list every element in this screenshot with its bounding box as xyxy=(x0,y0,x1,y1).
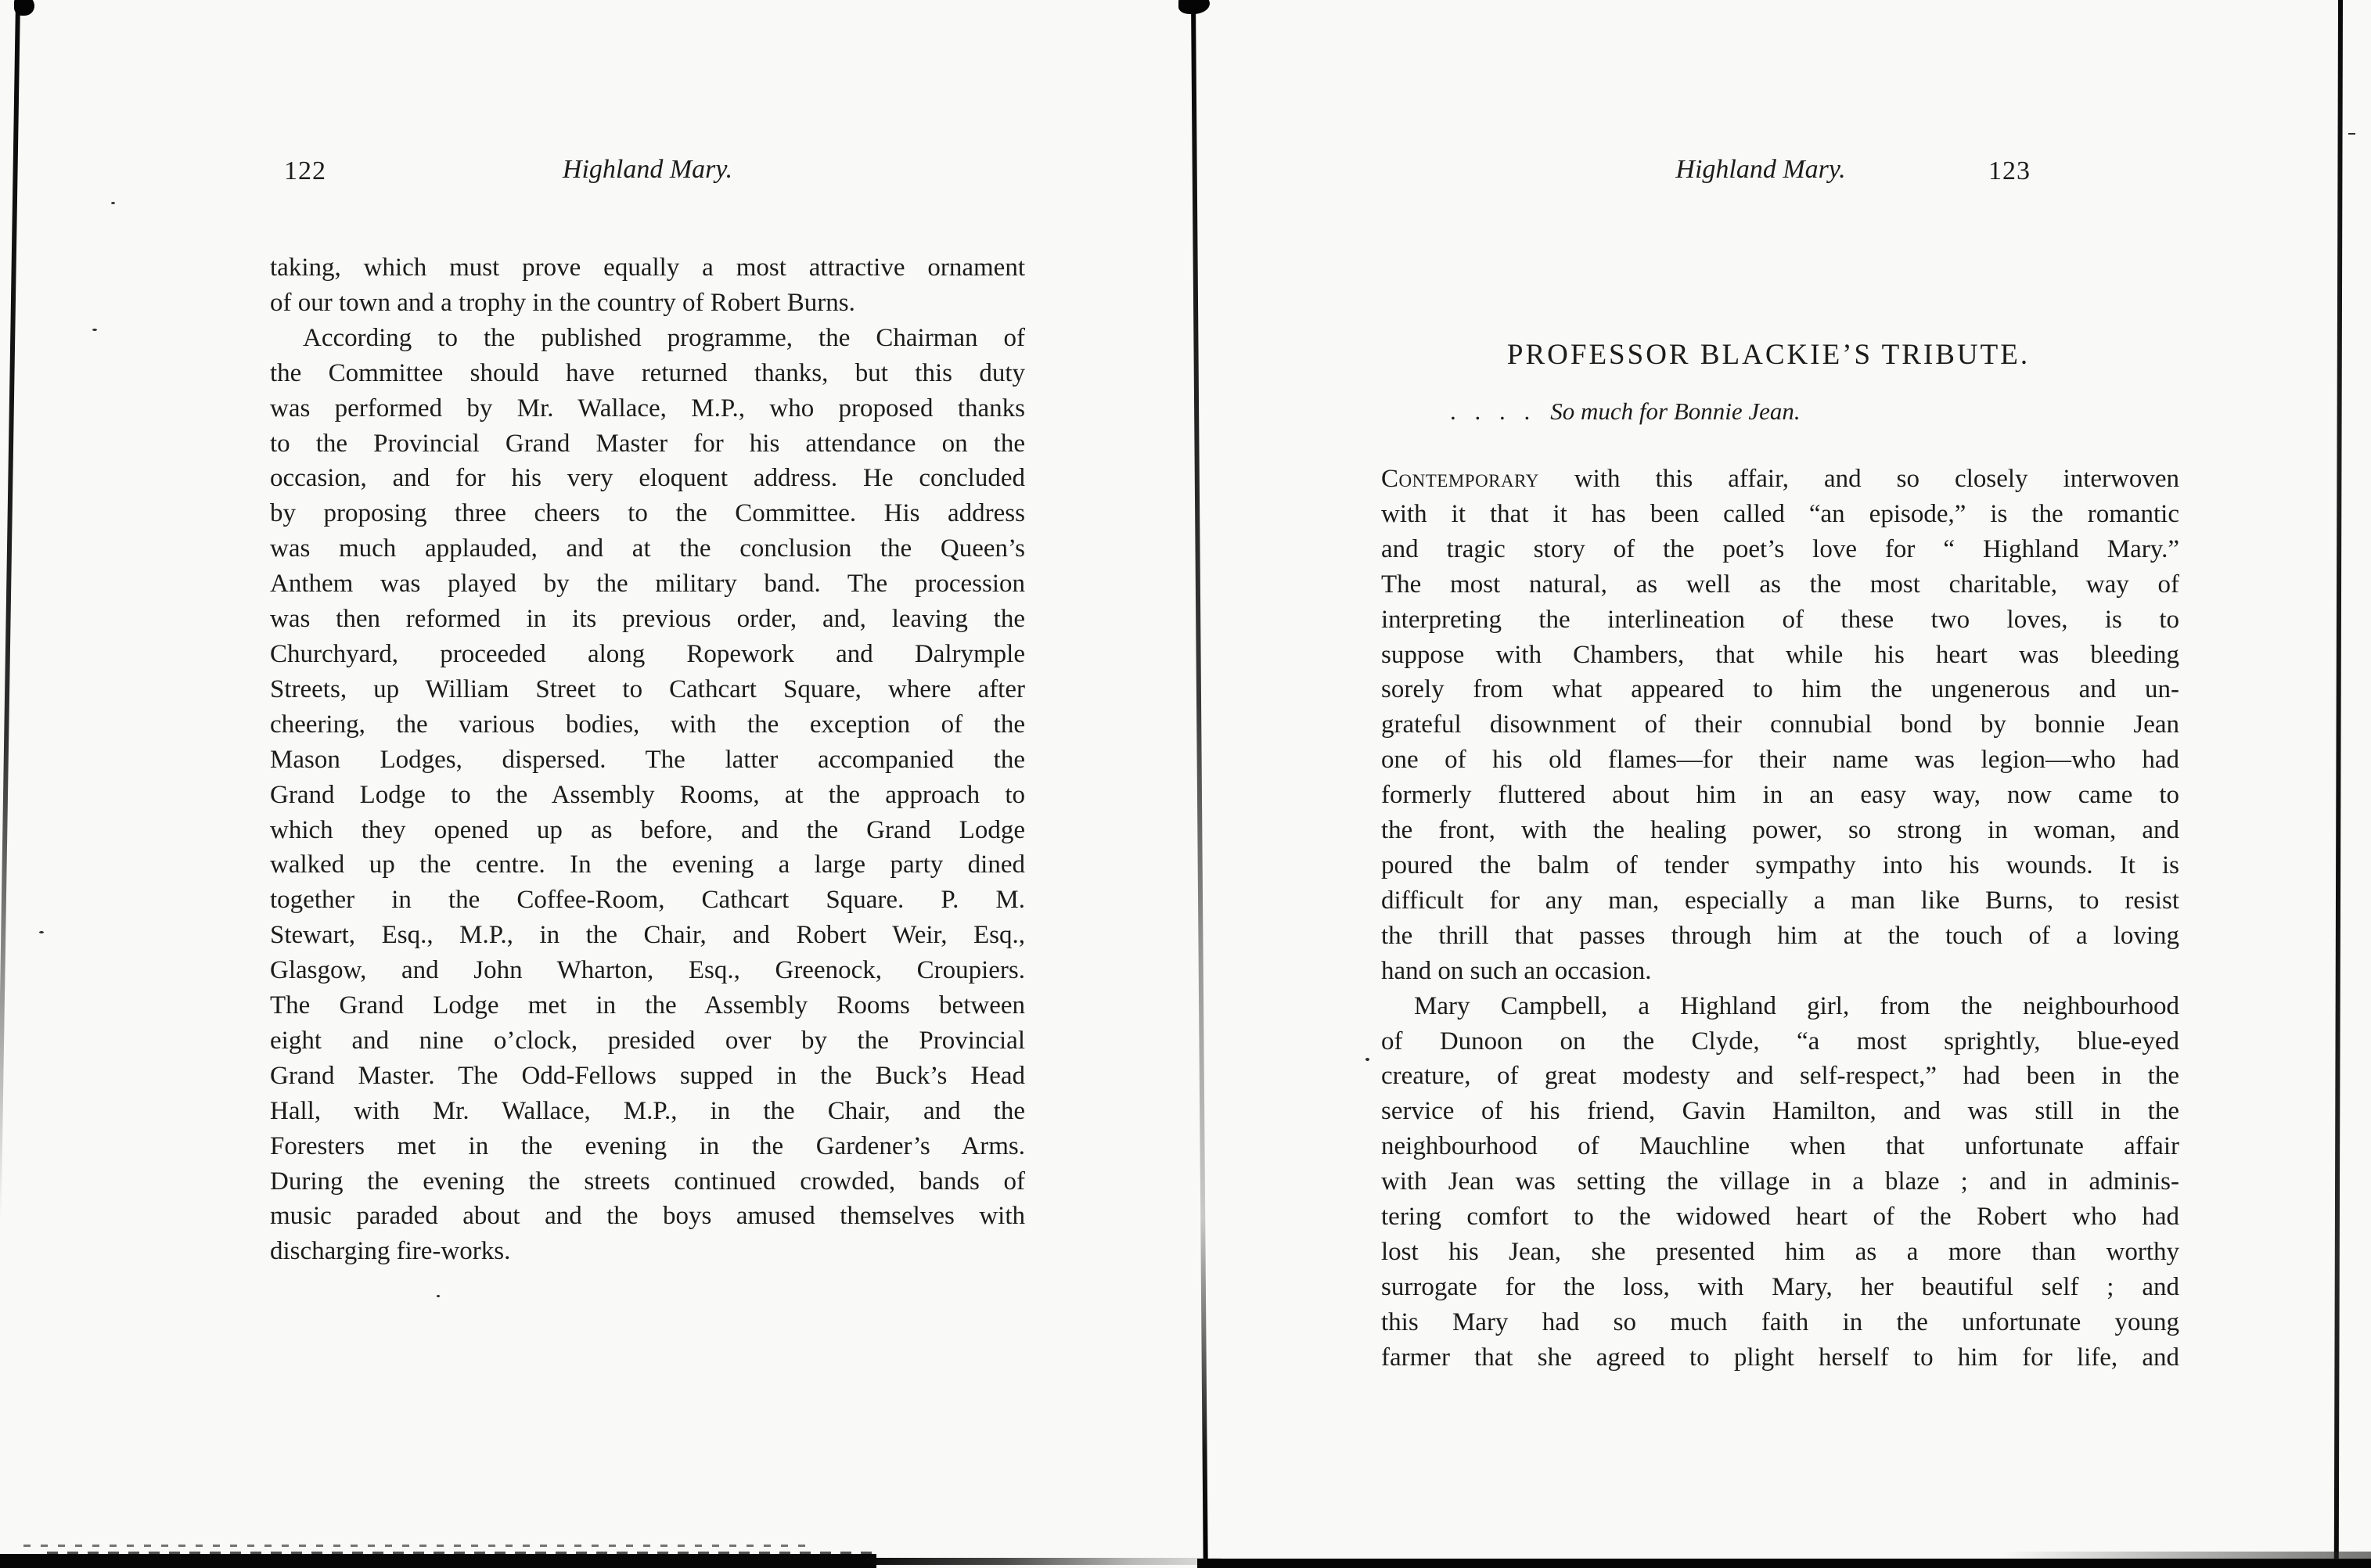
text-line: taking, which must prove equally a most … xyxy=(270,250,1025,286)
text-line: together in the Coffee-Room, Cathcart Sq… xyxy=(270,883,1025,918)
body-text: Contemporary with this affair, and so cl… xyxy=(1381,462,2179,1376)
text-line: occasion, and for his very eloquent addr… xyxy=(270,461,1025,496)
text-line: was much applauded, and at the conclusio… xyxy=(270,531,1025,566)
text-line: of Dunoon on the Clyde, “a most sprightl… xyxy=(1381,1024,2179,1059)
text-line: and tragic story of the poet’s love for … xyxy=(1381,532,2179,567)
text-line: neighbourhood of Mauchline when that unf… xyxy=(1381,1129,2179,1164)
text-line: surrogate for the loss, with Mary, her b… xyxy=(1381,1270,2179,1305)
page-number: 123 xyxy=(1988,156,2031,186)
text-line: Mason Lodges, dispersed. The latter acco… xyxy=(270,743,1025,778)
text-line: with it that it has been called “an epis… xyxy=(1381,497,2179,532)
text-line: music paraded about and the boys amused … xyxy=(270,1199,1025,1234)
smallcaps-lead: Contemporary xyxy=(1381,465,1539,493)
scan-speck xyxy=(92,329,97,331)
text-line: Contemporary with this affair, and so cl… xyxy=(1381,462,2179,497)
text-line: Grand Master. The Odd-Fellows supped in … xyxy=(270,1059,1025,1094)
scan-gutter-shadow xyxy=(1191,0,1208,1561)
text-line: by proposing three cheers to the Committ… xyxy=(270,496,1025,531)
text-line: Hall, with Mr. Wallace, M.P., in the Cha… xyxy=(270,1094,1025,1129)
text-line: interpreting the interlineation of these… xyxy=(1381,602,2179,638)
text-line: Streets, up William Street to Cathcart S… xyxy=(270,672,1025,707)
running-title: Highland Mary. xyxy=(1381,155,2179,185)
text-line: walked up the centre. In the evening a l… xyxy=(270,847,1025,883)
text-line: lost his Jean, she presented him as a mo… xyxy=(1381,1235,2179,1270)
text-line: which they opened up as before, and the … xyxy=(270,813,1025,848)
epigraph-ellipsis-dots: . . . . xyxy=(1450,397,1530,425)
scan-corner-blob xyxy=(14,0,34,16)
paragraph: taking, which must prove equally a most … xyxy=(270,250,1025,321)
text-line: the Committee should have returned thank… xyxy=(270,356,1025,391)
text-line: this Mary had so much faith in the unfor… xyxy=(1381,1305,2179,1340)
text-line: eight and nine o’clock, presided over by… xyxy=(270,1023,1025,1059)
scan-dust-line xyxy=(47,1552,876,1554)
scan-bottom-band-right xyxy=(1197,1559,2371,1568)
text-line: was then reformed in its previous order,… xyxy=(270,602,1025,637)
text-line: the front, with the healing power, so st… xyxy=(1381,813,2179,848)
body-text: taking, which must prove equally a most … xyxy=(270,250,1025,1269)
scan-edge-right xyxy=(2334,0,2343,1568)
book-spread-scan: 122 Highland Mary. taking, which must pr… xyxy=(0,0,2371,1568)
text-line: cheering, the various bodies, with the e… xyxy=(270,707,1025,743)
text-line: service of his friend, Gavin Hamilton, a… xyxy=(1381,1094,2179,1129)
text-line: During the evening the streets continued… xyxy=(270,1164,1025,1199)
text-line: The Grand Lodge met in the Assembly Room… xyxy=(270,988,1025,1023)
text-line: According to the published programme, th… xyxy=(270,321,1025,356)
epigraph-text: So much for Bonnie Jean. xyxy=(1550,397,1800,425)
epigraph: . . . .So much for Bonnie Jean. xyxy=(1450,397,1801,426)
text-line: Glasgow, and John Wharton, Esq., Greenoc… xyxy=(270,953,1025,988)
text-line: of our town and a trophy in the country … xyxy=(270,286,1025,321)
text-line: creature, of great modesty and self-resp… xyxy=(1381,1059,2179,1094)
scan-speck xyxy=(2348,133,2355,135)
scan-smudge xyxy=(2003,1552,2371,1559)
text-line: Grand Lodge to the Assembly Rooms, at th… xyxy=(270,778,1025,813)
text-line: grateful disownment of their connubial b… xyxy=(1381,707,2179,743)
scan-speck xyxy=(437,1295,440,1297)
text-line: the thrill that passes through him at th… xyxy=(1381,919,2179,954)
scan-speck xyxy=(39,931,44,933)
section-heading: PROFESSOR BLACKIE’S TRIBUTE. xyxy=(1381,338,2179,372)
text-line: Stewart, Esq., M.P., in the Chair, and R… xyxy=(270,918,1025,953)
text-line: Anthem was played by the military band. … xyxy=(270,566,1025,602)
text-line: formerly fluttered about him in an easy … xyxy=(1381,778,2179,813)
text-line: poured the balm of tender sympathy into … xyxy=(1381,848,2179,883)
text-line: tering comfort to the widowed heart of t… xyxy=(1381,1199,2179,1235)
text-line: hand on such an occasion. xyxy=(1381,954,2179,989)
text-line: was performed by Mr. Wallace, M.P., who … xyxy=(270,391,1025,426)
scan-bottom-band-left xyxy=(0,1554,876,1568)
scan-speck xyxy=(111,202,115,204)
text-line: Mary Campbell, a Highland girl, from the… xyxy=(1381,989,2179,1024)
text-line: to the Provincial Grand Master for his a… xyxy=(270,426,1025,462)
text-line: one of his old flames—for their name was… xyxy=(1381,743,2179,778)
text-line: Churchyard, proceeded along Ropework and… xyxy=(270,637,1025,672)
running-title: Highland Mary. xyxy=(270,155,1025,185)
scan-gutter-blob xyxy=(1178,0,1210,14)
text-line: farmer that she agreed to plight herself… xyxy=(1381,1340,2179,1376)
text-line: suppose with Chambers, that while his he… xyxy=(1381,638,2179,673)
text-line: difficult for any man, especially a man … xyxy=(1381,883,2179,919)
paragraph: Mary Campbell, a Highland girl, from the… xyxy=(1381,989,2179,1376)
text-line: with Jean was setting the village in a b… xyxy=(1381,1164,2179,1199)
scan-edge-left xyxy=(0,0,20,1221)
scan-bottom-band-fade xyxy=(861,1558,1221,1565)
paragraph: According to the published programme, th… xyxy=(270,321,1025,1269)
text-line: discharging fire-works. xyxy=(270,1234,1025,1269)
text-line: The most natural, as well as the most ch… xyxy=(1381,567,2179,602)
text-line: sorely from what appeared to him the ung… xyxy=(1381,672,2179,707)
scan-dust-line xyxy=(23,1545,806,1547)
scan-speck xyxy=(1365,1058,1369,1061)
paragraph: Contemporary with this affair, and so cl… xyxy=(1381,462,2179,989)
text-line: Foresters met in the evening in the Gard… xyxy=(270,1129,1025,1164)
